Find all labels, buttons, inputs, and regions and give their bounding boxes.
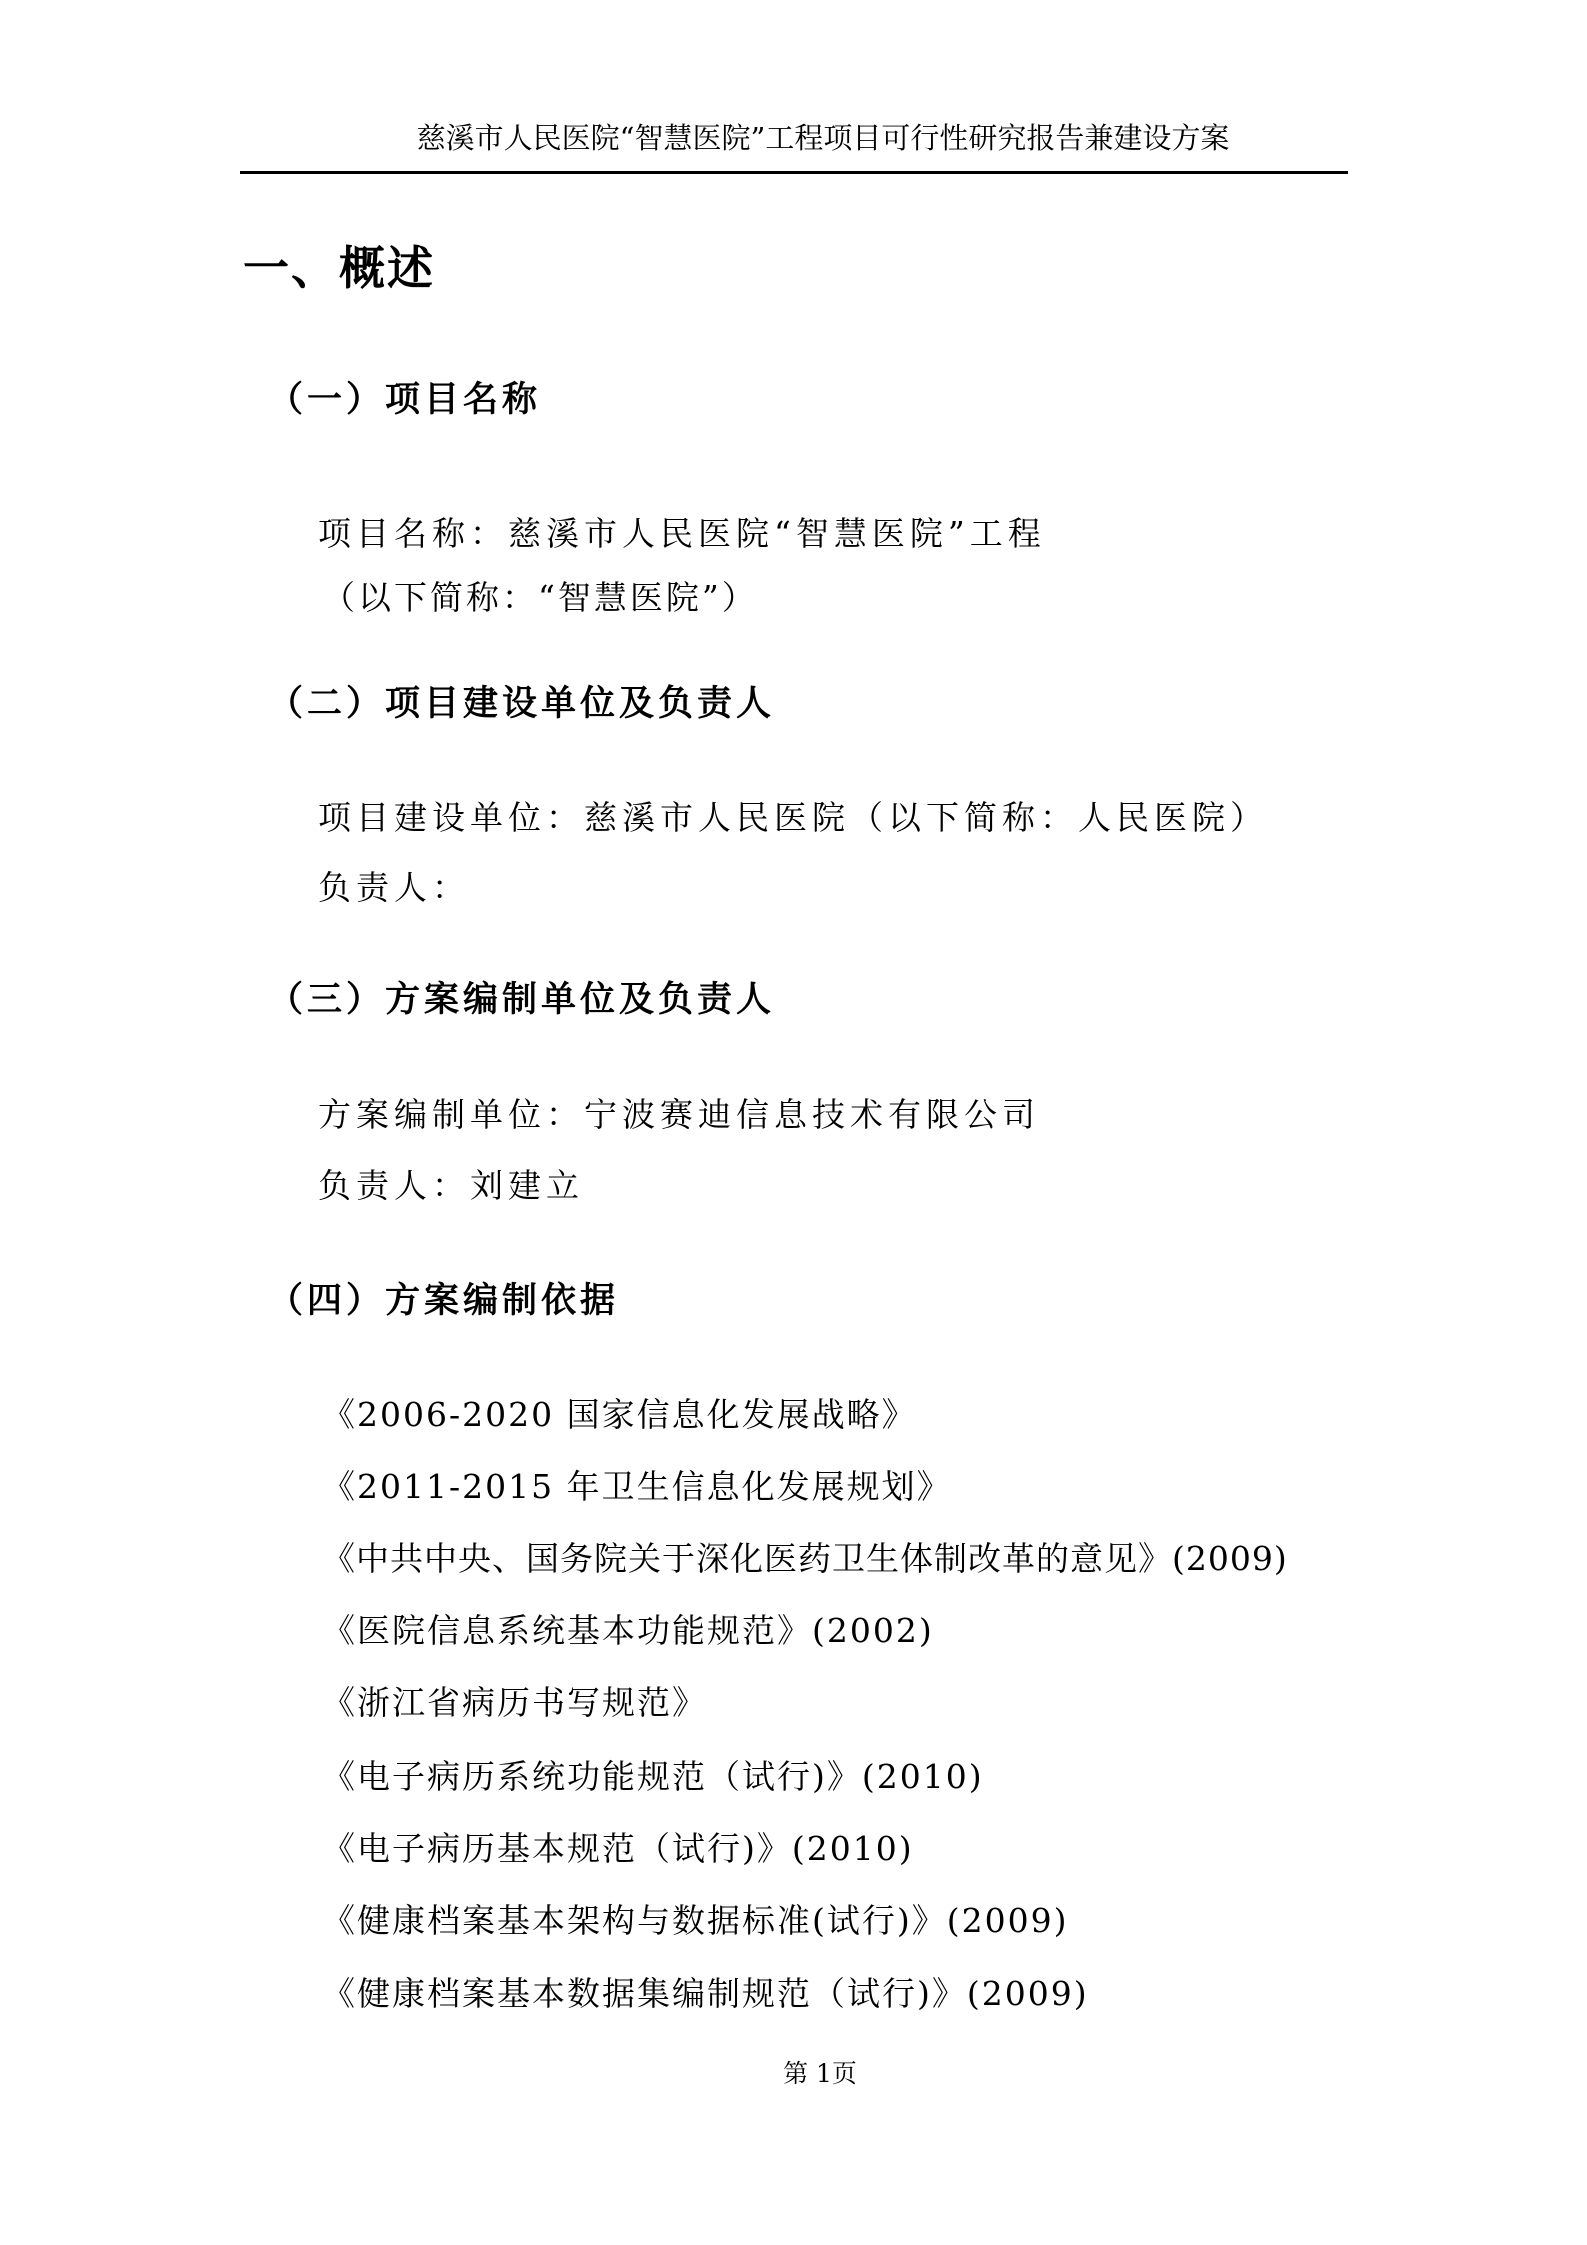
reference-item: 《浙江省病历书写规范》 — [322, 1681, 707, 1725]
reference-item: 《2011-2015 年卫生信息化发展规划》 — [322, 1465, 952, 1509]
section-heading-basis: （四）方案编制依据 — [268, 1279, 619, 1323]
reference-item: 《健康档案基本数据集编制规范（试行)》(2009) — [322, 1972, 1089, 2016]
reference-item: 《中共中央、国务院关于深化医药卫生体制改革的意见》(2009) — [322, 1537, 1288, 1581]
construction-unit-line: 项目建设单位：慈溪市人民医院（以下简称：人民医院） — [318, 796, 1268, 840]
project-name-line: 项目名称：慈溪市人民医院“智慧医院”工程 — [318, 512, 1046, 556]
construction-owner-line: 负责人： — [318, 866, 470, 910]
plan-author-owner-line: 负责人：刘建立 — [318, 1164, 584, 1208]
running-header-title: 慈溪市人民医院“智慧医院”工程项目可行性研究报告兼建设方案 — [240, 120, 1348, 156]
project-short-name-line: （以下简称：“智慧医院”） — [322, 576, 758, 620]
chapter-title: 一、概述 — [243, 240, 435, 296]
reference-item: 《健康档案基本架构与数据标准(试行)》(2009) — [322, 1899, 1068, 1943]
reference-item: 《电子病历基本规范（试行)》(2010) — [322, 1827, 914, 1871]
section-heading-plan-author: （三）方案编制单位及负责人 — [268, 978, 775, 1022]
plan-author-unit-line: 方案编制单位：宁波赛迪信息技术有限公司 — [318, 1093, 1040, 1137]
header-rule — [240, 171, 1348, 174]
section-heading-project-name: （一）项目名称 — [268, 378, 541, 422]
section-heading-construction-unit: （二）项目建设单位及负责人 — [268, 682, 775, 726]
page-number: 第 1页 — [700, 2058, 940, 2090]
reference-item: 《医院信息系统基本功能规范》(2002) — [322, 1609, 934, 1653]
reference-item: 《电子病历系统功能规范（试行)》(2010) — [322, 1755, 984, 1799]
reference-item: 《2006-2020 国家信息化发展战略》 — [322, 1393, 917, 1437]
